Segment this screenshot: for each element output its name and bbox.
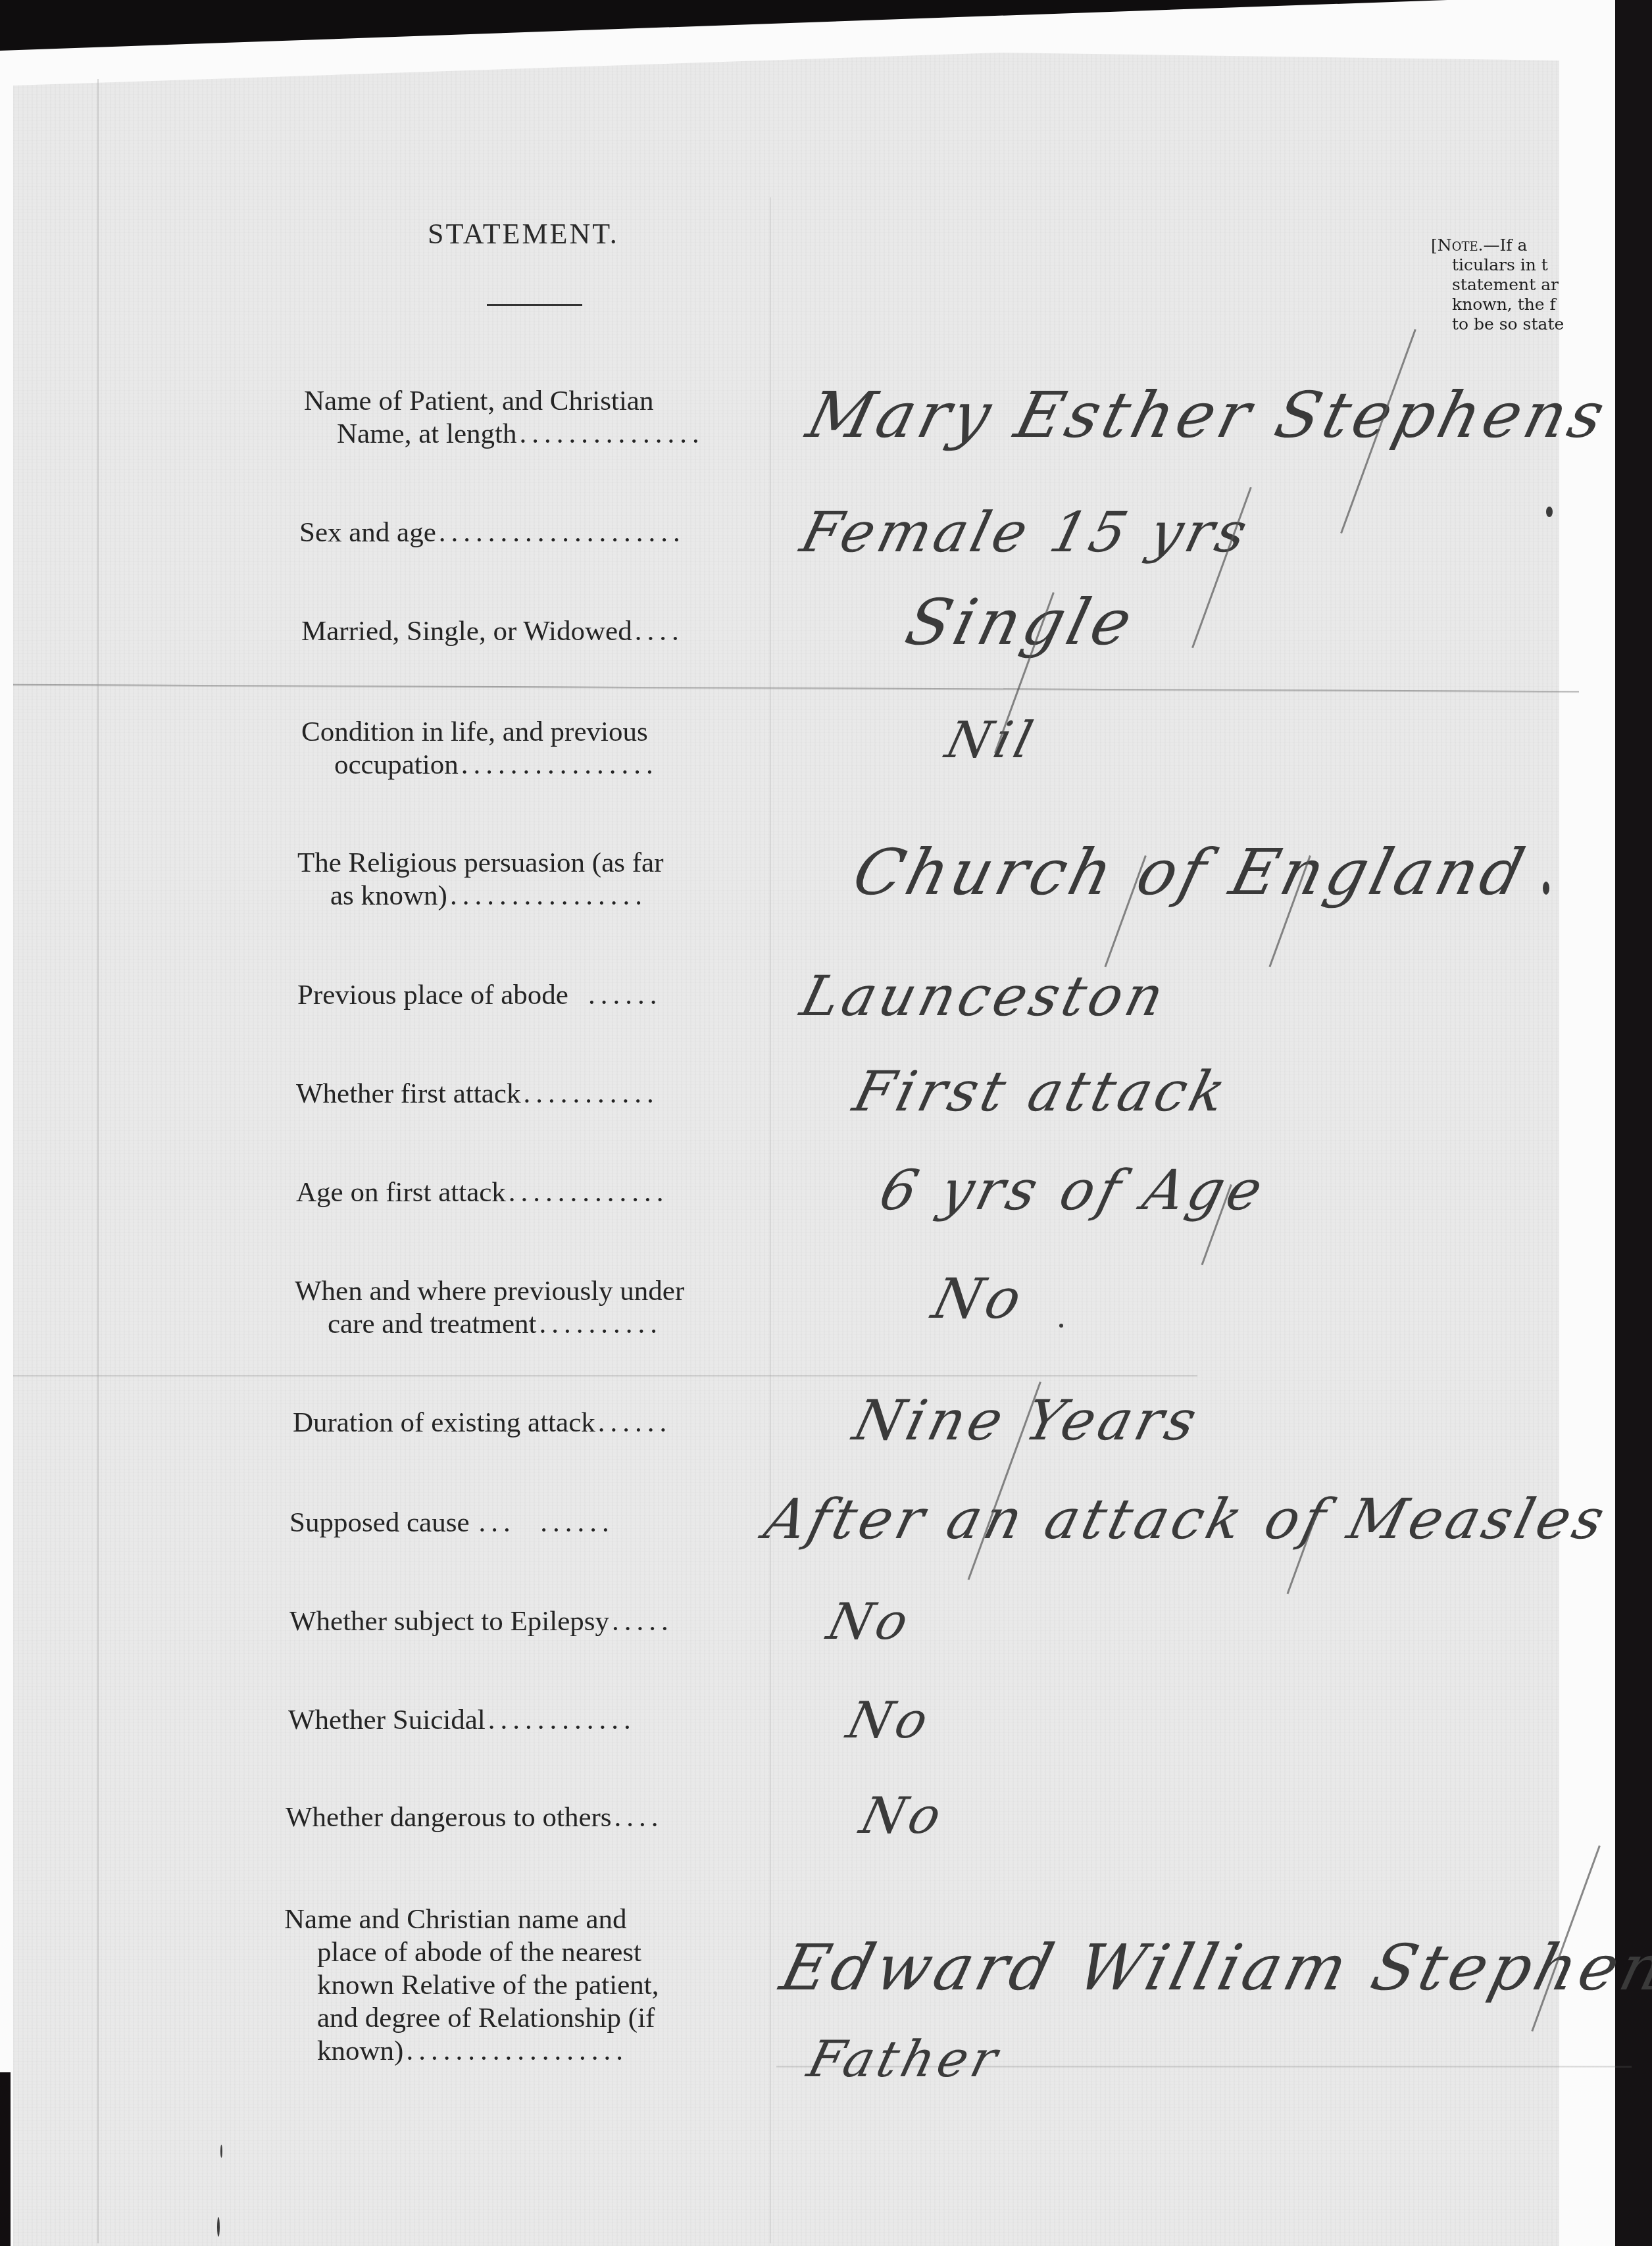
scanner-edge-right (1615, 0, 1652, 2246)
value-religious-persuasion: Church of England (846, 836, 1535, 909)
value-previous-abode: Launceston (795, 964, 1174, 1028)
ink-speck (220, 2145, 222, 2158)
label-supposed-cause: Supposed cause... ...... (289, 1507, 758, 1539)
ink-speck (217, 2217, 220, 2237)
label-duration-of-attack: Duration of existing attack...... (293, 1407, 761, 1439)
value-sex-and-age: Female 15 yrs (795, 500, 1257, 564)
label-patient-name: Name of Patient, and Christian Name, at … (304, 385, 768, 451)
label-condition-occupation: Condition in life, and previous occupati… (301, 716, 768, 782)
label-age-first-attack: Age on first attack............. (296, 1176, 768, 1209)
label-suicidal: Whether Suicidal............ (288, 1704, 758, 1737)
ink-speck (1059, 1324, 1063, 1328)
value-supposed-cause: After an attack of Measles (759, 1487, 1614, 1551)
label-previous-care: When and where previously under care and… (295, 1275, 763, 1341)
label-marital-status: Married, Single, or Widowed.... (301, 615, 768, 648)
value-whether-first-attack: First attack (847, 1059, 1236, 1124)
fold-line-vertical (770, 197, 771, 2243)
title-rule (487, 304, 582, 306)
label-dangerous-to-others: Whether dangerous to others.... (286, 1801, 757, 1834)
label-sex-and-age: Sex and age.................... (299, 516, 768, 549)
label-whether-first-attack: Whether first attack........... (296, 1078, 768, 1111)
margin-note: [Note.—If a ticulars in t statement ar k… (1431, 236, 1576, 334)
fold-line (13, 1375, 1197, 1377)
value-relationship: Father (802, 2030, 1007, 2088)
value-nearest-relative: Edward William Stephens (774, 1931, 1652, 2005)
scanner-edge-left (0, 2072, 11, 2246)
ink-speck (1546, 507, 1553, 517)
form-title: STATEMENT. (428, 217, 619, 251)
label-nearest-relative: Name and Christian name and place of abo… (284, 1903, 748, 2068)
label-religious-persuasion: The Religious persuasion (as far as know… (297, 847, 768, 912)
value-patient-name: Mary Esther Stephens (800, 378, 1615, 452)
scanned-document: STATEMENT. [Note.—If a ticulars in t sta… (0, 0, 1652, 2246)
label-epilepsy: Whether subject to Epilepsy..... (289, 1605, 758, 1638)
value-epilepsy: No (822, 1592, 918, 1651)
value-suicidal: No (841, 1691, 938, 1749)
value-age-first-attack: 6 yrs of Age (874, 1158, 1273, 1222)
fold-line-vertical (97, 79, 99, 2243)
ink-speck (1543, 882, 1549, 895)
value-marital-status: Single (899, 586, 1143, 659)
value-condition-occupation: Nil (940, 711, 1042, 769)
label-previous-abode: Previous place of abode...... (297, 979, 768, 1012)
value-dangerous-to-others: No (855, 1786, 951, 1845)
value-previous-care: No (926, 1266, 1032, 1331)
